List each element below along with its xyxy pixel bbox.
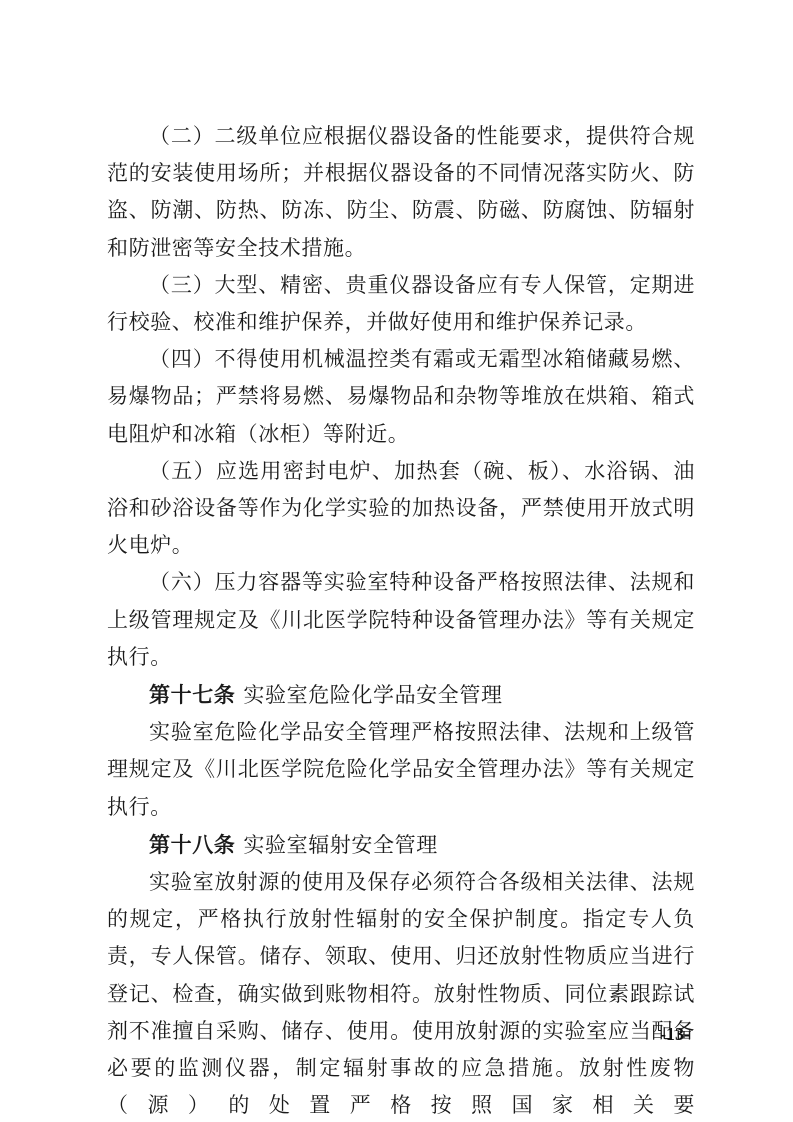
paragraph-item-4: （四）不得使用机械温控类有霜或无霜型冰箱储藏易燃、易爆物品；严禁将易燃、易爆物品… [107,341,695,453]
paragraph-item-5: （五）应选用密封电炉、加热套（碗、板）、水浴锅、油浴和砂浴设备等作为化学实验的加… [107,453,695,565]
article-17-body: 实验室危险化学品安全管理严格按照法律、法规和上级管理规定及《川北医学院危险化学品… [107,714,695,826]
paragraph-item-6: （六）压力容器等实验室特种设备严格按照法律、法规和上级管理规定及《川北医学院特种… [107,564,695,676]
article-18-body: 实验室放射源的使用及保存必须符合各级相关法律、法规的规定，严格执行放射性辐射的安… [107,864,695,1122]
paragraph-item-2: （二）二级单位应根据仪器设备的性能要求，提供符合规范的安装使用场所；并根据仪器设… [107,118,695,267]
paragraph-item-3: （三）大型、精密、贵重仪器设备应有专人保管，定期进行校验、校准和维护保养，并做好… [107,267,695,341]
article-18-number: 第十八条 [149,832,235,857]
document-page-body: （二）二级单位应根据仪器设备的性能要求，提供符合规范的安装使用场所；并根据仪器设… [107,118,695,1122]
page-number: -13- [660,1024,690,1045]
article-18-title: 实验室辐射安全管理 [243,833,437,857]
article-17-heading: 第十七条实验室危险化学品安全管理 [107,676,695,714]
article-18-heading: 第十八条实验室辐射安全管理 [107,826,695,864]
article-17-number: 第十七条 [149,682,235,707]
article-17-title: 实验室危险化学品安全管理 [243,683,502,707]
